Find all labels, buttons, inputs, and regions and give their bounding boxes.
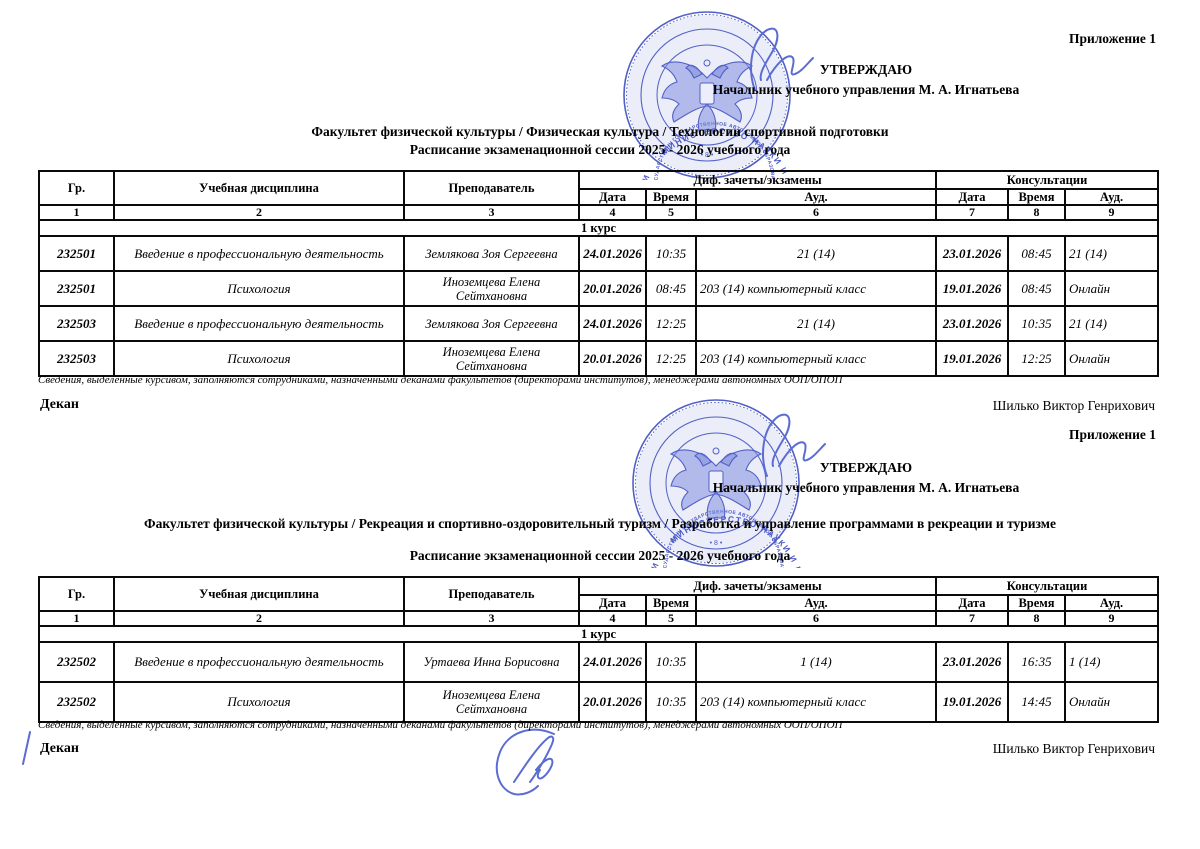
dean-name: Шилько Виктор Генрихович [993, 398, 1155, 414]
cell-cons-date: 19.01.2026 [936, 271, 1008, 306]
cell-discipline: Психология [114, 682, 404, 722]
col-header-room: Ауд. [1065, 189, 1158, 205]
col-header-time: Время [1008, 595, 1065, 611]
cell-cons-room: Онлайн [1065, 271, 1158, 306]
cell-exam-date: 20.01.2026 [579, 682, 646, 722]
table-row: 232501 Психология Иноземцева Елена Сейтх… [39, 271, 1158, 306]
approval-block: УТВЕРЖДАЮ Начальник учебного управления … [696, 60, 1036, 100]
approve-word: УТВЕРЖДАЮ [696, 60, 1036, 80]
cell-cons-room: 1 (14) [1065, 642, 1158, 682]
cell-group: 232502 [39, 682, 114, 722]
col-header-date: Дата [936, 189, 1008, 205]
table-row: 232501 Введение в профессиональную деяте… [39, 236, 1158, 271]
cell-cons-time: 12:25 [1008, 341, 1065, 376]
table-row: 232502 Психология Иноземцева Елена Сейтх… [39, 682, 1158, 722]
cell-exam-time: 12:25 [646, 306, 696, 341]
col-header-group: Гр. [39, 171, 114, 205]
appendix-label: Приложение 1 [1069, 31, 1156, 47]
cell-exam-time: 10:35 [646, 642, 696, 682]
cell-group: 232501 [39, 236, 114, 271]
cell-exam-date: 24.01.2026 [579, 306, 646, 341]
col-header-exams: Диф. зачеты/экзамены [579, 171, 936, 189]
section1-title-line2: Расписание экзаменационной сессии 2025 -… [0, 141, 1200, 159]
cell-exam-room: 203 (14) компьютерный класс [696, 341, 936, 376]
cell-exam-room: 21 (14) [696, 236, 936, 271]
section1-title-line1: Факультет физической культуры / Физическ… [0, 123, 1200, 141]
appendix-label: Приложение 1 [1069, 427, 1156, 443]
approval-block: УТВЕРЖДАЮ Начальник учебного управления … [696, 458, 1036, 498]
dean-signature [492, 722, 582, 807]
cell-exam-room: 203 (14) компьютерный класс [696, 682, 936, 722]
cell-cons-time: 08:45 [1008, 236, 1065, 271]
col-header-time: Время [646, 189, 696, 205]
col-header-teacher: Преподаватель [404, 577, 579, 611]
cell-cons-time: 10:35 [1008, 306, 1065, 341]
col-header-time: Время [1008, 189, 1065, 205]
col-header-time: Время [646, 595, 696, 611]
cell-discipline: Введение в профессиональную деятельность [114, 306, 404, 341]
course-row: 1 курс [39, 626, 1158, 642]
cell-exam-time: 12:25 [646, 341, 696, 376]
cell-discipline: Введение в профессиональную деятельность [114, 236, 404, 271]
cell-exam-room: 21 (14) [696, 306, 936, 341]
cell-cons-date: 19.01.2026 [936, 341, 1008, 376]
cell-cons-time: 14:45 [1008, 682, 1065, 722]
cell-cons-room: Онлайн [1065, 682, 1158, 722]
cell-cons-date: 19.01.2026 [936, 682, 1008, 722]
cell-discipline: Психология [114, 341, 404, 376]
cell-cons-time: 16:35 [1008, 642, 1065, 682]
cell-discipline: Введение в профессиональную деятельность [114, 642, 404, 682]
col-header-consult: Консультации [936, 171, 1158, 189]
table-row: 232502 Введение в профессиональную деяте… [39, 642, 1158, 682]
column-numbers-row: 1 2 3 4 5 6 7 8 9 [39, 611, 1158, 626]
approver-name-line: Начальник учебного управления М. А. Игна… [696, 478, 1036, 498]
cell-teacher: Иноземцева Елена Сейтхановна [404, 341, 579, 376]
cell-group: 232503 [39, 341, 114, 376]
cell-teacher: Землякова Зоя Сергеевна [404, 236, 579, 271]
cell-discipline: Психология [114, 271, 404, 306]
col-header-exams: Диф. зачеты/экзамены [579, 577, 936, 595]
col-header-date: Дата [936, 595, 1008, 611]
exam-schedule-table-1: Гр. Учебная дисциплина Преподаватель Диф… [38, 170, 1159, 377]
cell-exam-room: 203 (14) компьютерный класс [696, 271, 936, 306]
cell-exam-date: 24.01.2026 [579, 642, 646, 682]
cell-teacher: Землякова Зоя Сергеевна [404, 306, 579, 341]
col-header-consult: Консультации [936, 577, 1158, 595]
cell-group: 232503 [39, 306, 114, 341]
cell-exam-date: 24.01.2026 [579, 236, 646, 271]
approve-word: УТВЕРЖДАЮ [696, 458, 1036, 478]
col-header-group: Гр. [39, 577, 114, 611]
cell-cons-room: 21 (14) [1065, 236, 1158, 271]
col-header-date: Дата [579, 595, 646, 611]
cell-teacher: Уртаева Инна Борисовна [404, 642, 579, 682]
section2-title-line2: Расписание экзаменационной сессии 2025 -… [0, 547, 1200, 565]
col-header-room: Ауд. [696, 189, 936, 205]
exam-schedule-table-2: Гр. Учебная дисциплина Преподаватель Диф… [38, 576, 1159, 723]
approver-name-line: Начальник учебного управления М. А. Игна… [696, 80, 1036, 100]
pen-tick-mark [18, 728, 38, 768]
cell-exam-time: 10:35 [646, 236, 696, 271]
cell-group: 232502 [39, 642, 114, 682]
cell-cons-date: 23.01.2026 [936, 236, 1008, 271]
italic-note: Сведения, выделенные курсивом, заполняют… [38, 719, 843, 731]
stamp-bottom-mark: • 8 • [710, 540, 723, 547]
cell-group: 232501 [39, 271, 114, 306]
col-header-room: Ауд. [1065, 595, 1158, 611]
section1-title: Факультет физической культуры / Физическ… [0, 123, 1200, 158]
column-numbers-row: 1 2 3 4 5 6 7 8 9 [39, 205, 1158, 220]
col-header-teacher: Преподаватель [404, 171, 579, 205]
cell-exam-date: 20.01.2026 [579, 271, 646, 306]
cell-cons-time: 08:45 [1008, 271, 1065, 306]
italic-note: Сведения, выделенные курсивом, заполняют… [38, 374, 843, 386]
col-header-discipline: Учебная дисциплина [114, 577, 404, 611]
dean-label: Декан [40, 741, 79, 757]
cell-cons-room: 21 (14) [1065, 306, 1158, 341]
col-header-date: Дата [579, 189, 646, 205]
cell-cons-date: 23.01.2026 [936, 642, 1008, 682]
cell-teacher: Иноземцева Елена Сейтхановна [404, 682, 579, 722]
table-row: 232503 Психология Иноземцева Елена Сейтх… [39, 341, 1158, 376]
dean-label: Декан [40, 397, 79, 413]
cell-cons-room: Онлайн [1065, 341, 1158, 376]
cell-teacher: Иноземцева Елена Сейтхановна [404, 271, 579, 306]
col-header-room: Ауд. [696, 595, 936, 611]
cell-cons-date: 23.01.2026 [936, 306, 1008, 341]
table-row: 232503 Введение в профессиональную деяте… [39, 306, 1158, 341]
cell-exam-room: 1 (14) [696, 642, 936, 682]
dean-name: Шилько Виктор Генрихович [993, 741, 1155, 757]
cell-exam-time: 10:35 [646, 682, 696, 722]
course-row: 1 курс [39, 220, 1158, 236]
cell-exam-date: 20.01.2026 [579, 341, 646, 376]
section2-title-line1: Факультет физической культуры / Рекреаци… [0, 515, 1200, 533]
cell-exam-time: 08:45 [646, 271, 696, 306]
col-header-discipline: Учебная дисциплина [114, 171, 404, 205]
